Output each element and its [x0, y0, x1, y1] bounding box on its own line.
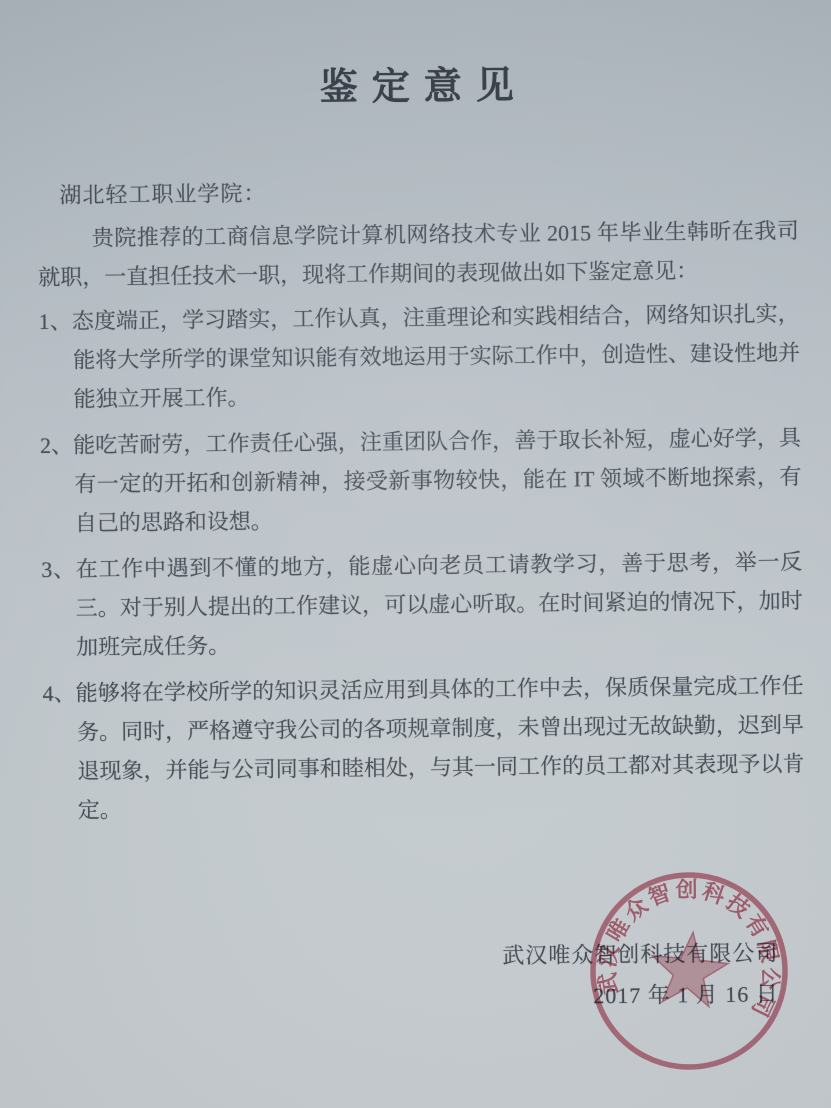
signature-block: 武汉唯众智创科技有限公司 2017 年 1 月 16 日: [502, 932, 779, 1017]
company-name: 武汉唯众智创科技有限公司: [502, 932, 778, 976]
appraisal-item-4: 4、能够将在学校所学的知识灵活应用到具体的工作中去，保质保量完成工作任务。同时，…: [42, 666, 805, 830]
item-text: 能吃苦耐劳，工作责任心强，注重团队合作，善于取长补短，虚心好学，具有一定的开拓和…: [73, 425, 802, 536]
salutation: 湖北轻工职业学院：: [59, 174, 266, 215]
item-number: 1、: [39, 309, 72, 334]
letter-content: 鉴定意见 湖北轻工职业学院： 贵院推荐的工商信息学院计算机网络技术专业 2015…: [35, 0, 808, 1108]
intro-paragraph: 贵院推荐的工商信息学院计算机网络技术专业 2015 年毕业生韩昕在我司就职，一直…: [38, 211, 800, 297]
item-number: 2、: [40, 433, 73, 458]
appraisal-item-3: 3、在工作中遇到不懂的地方，能虚心向老员工请教学习，善于思考，举一反三。对于别人…: [41, 542, 803, 667]
item-number: 3、: [41, 557, 76, 582]
scanned-appraisal-letter: 鉴定意见 湖北轻工职业学院： 贵院推荐的工商信息学院计算机网络技术专业 2015…: [0, 0, 831, 1108]
signature-date: 2017 年 1 月 16 日: [503, 973, 779, 1017]
item-text: 在工作中遇到不懂的地方，能虚心向老员工请教学习，善于思考，举一反三。对于别人提出…: [76, 549, 803, 660]
item-text: 态度端正，学习踏实，工作认真，注重理论和实践相结合，网络知识扎实，能将大学所学的…: [72, 301, 801, 412]
appraisal-item-2: 2、能吃苦耐劳，工作责任心强，注重团队合作，善于取长补短，虚心好学，具有一定的开…: [40, 418, 802, 543]
page-title: 鉴定意见: [36, 58, 797, 116]
appraisal-item-1: 1、态度端正，学习踏实，工作认真，注重理论和实践相结合，网络知识扎实，能将大学所…: [39, 294, 801, 419]
item-number: 4、: [42, 681, 75, 706]
item-text: 能够将在学校所学的知识灵活应用到具体的工作中去，保质保量完成工作任务。同时，严格…: [76, 673, 805, 823]
appraisal-items: 1、态度端正，学习踏实，工作认真，注重理论和实践相结合，网络知识扎实，能将大学所…: [39, 294, 806, 837]
